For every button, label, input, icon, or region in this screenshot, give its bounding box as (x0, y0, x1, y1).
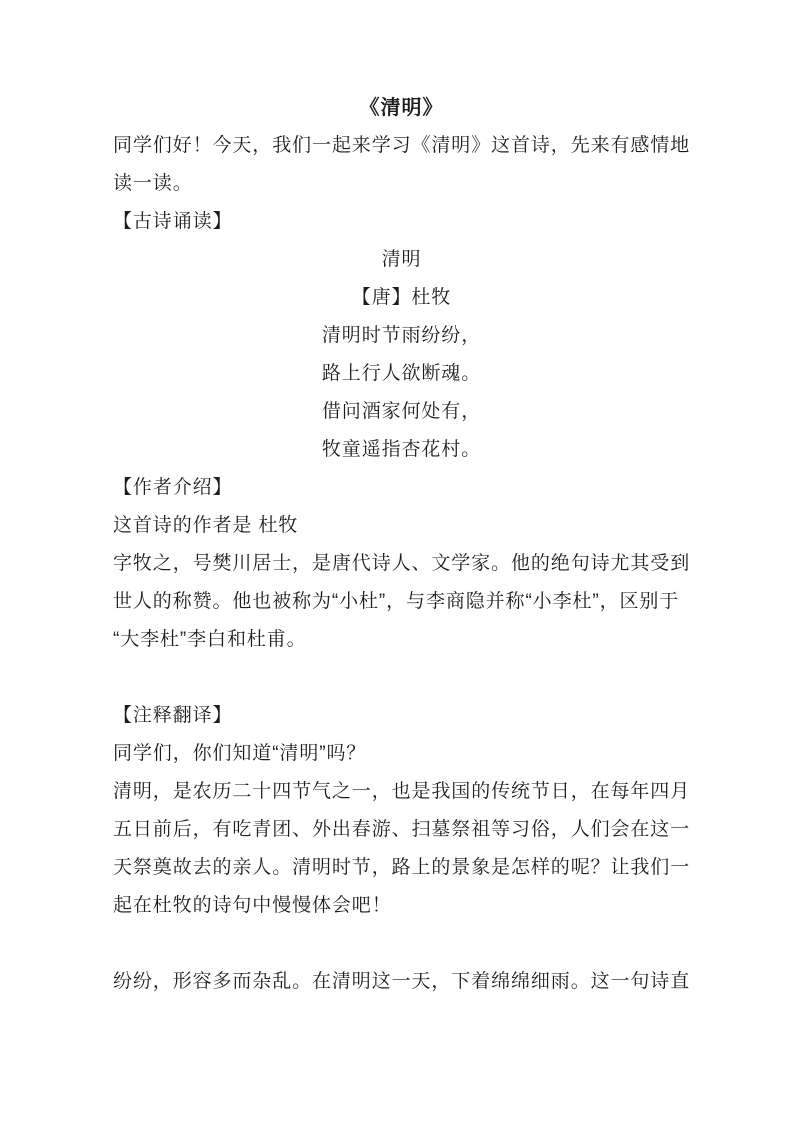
section-heading-annotation: 【注释翻译】 (113, 697, 690, 735)
poem-title: 清明 (113, 241, 690, 279)
poem-line-3: 借问酒家何处有， (113, 393, 690, 431)
poem-line-2: 路上行人欲断魂。 (113, 355, 690, 393)
blank-line (113, 925, 690, 963)
intro-line-2: 读一读。 (113, 165, 690, 203)
document-page: 《清明》 同学们好！今天，我们一起来学习《清明》这首诗，先来有感情地 读一读。 … (0, 0, 793, 1123)
poem-line-1: 清明时节雨纷纷， (113, 317, 690, 355)
author-intro-line-3: 世人的称赞。他也被称为“小杜”，与李商隐并称“小李杜”，区别于 (113, 583, 690, 621)
annotation-line-1: 同学们，你们知道“清明”吗？ (113, 735, 690, 773)
annotation-line-4: 天祭奠故去的亲人。清明时节，路上的景象是怎样的呢？让我们一 (113, 849, 690, 887)
poem-line-4: 牧童遥指杏花村。 (113, 431, 690, 469)
intro-line-1: 同学们好！今天，我们一起来学习《清明》这首诗，先来有感情地 (113, 127, 690, 165)
annotation-line-5: 起在杜牧的诗句中慢慢体会吧！ (113, 887, 690, 925)
annotation-line-2: 清明，是农历二十四节气之一，也是我国的传统节日，在每年四月 (113, 773, 690, 811)
doc-title: 《清明》 (113, 89, 690, 127)
analysis-line-1: 纷纷，形容多而杂乱。在清明这一天，下着绵绵细雨。这一句诗直 (113, 963, 690, 1001)
poem-author: 【唐】杜牧 (113, 279, 690, 317)
section-heading-author-intro: 【作者介绍】 (113, 469, 690, 507)
author-intro-line-1: 这首诗的作者是 杜牧 (113, 507, 690, 545)
annotation-line-3: 五日前后，有吃青团、外出春游、扫墓祭祖等习俗，人们会在这一 (113, 811, 690, 849)
blank-line (113, 659, 690, 697)
author-intro-line-2: 字牧之，号樊川居士，是唐代诗人、文学家。他的绝句诗尤其受到 (113, 545, 690, 583)
section-heading-recitation: 【古诗诵读】 (113, 203, 690, 241)
author-intro-line-4: “大李杜”李白和杜甫。 (113, 621, 690, 659)
